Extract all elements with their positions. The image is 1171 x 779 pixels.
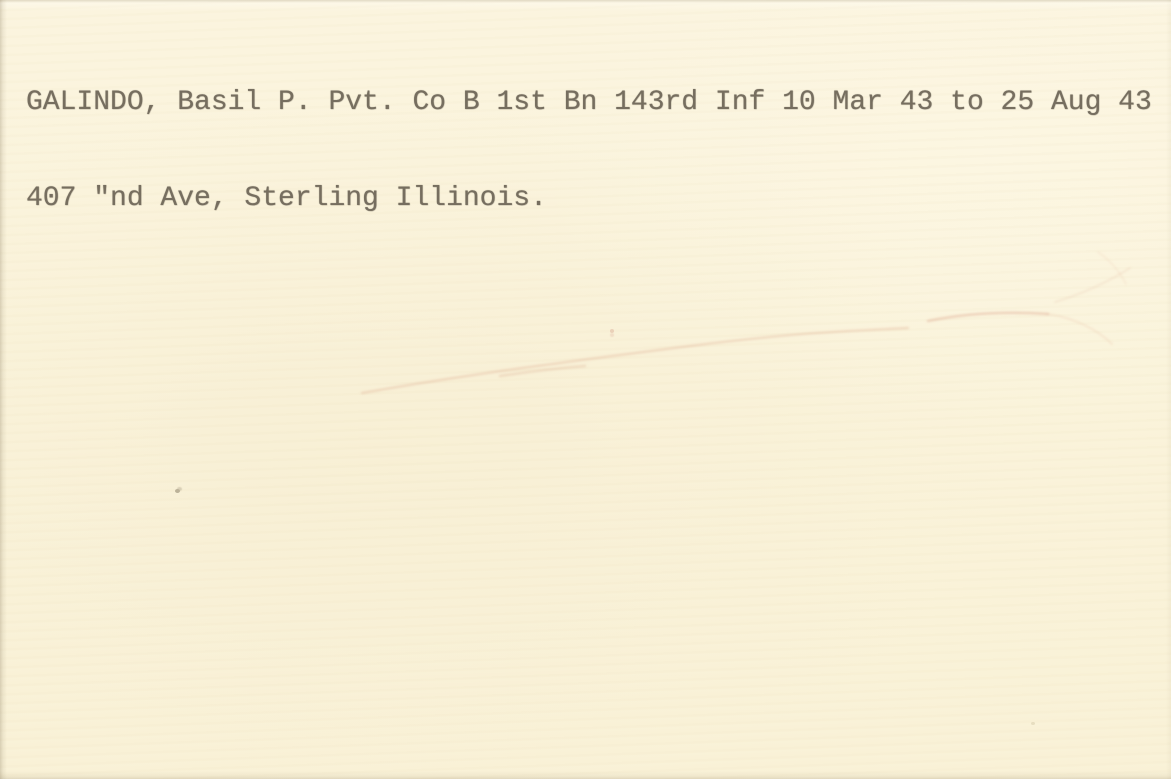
typed-line-service-record: GALINDO, Basil P. Pvt. Co B 1st Bn 143rd…: [26, 87, 1152, 119]
paper-speck: [1031, 722, 1035, 725]
paper-speck: [610, 329, 614, 333]
paper-speck: [175, 489, 180, 493]
typed-text-block: GALINDO, Basil P. Pvt. Co B 1st Bn 143rd…: [26, 23, 1152, 279]
index-card: GALINDO, Basil P. Pvt. Co B 1st Bn 143rd…: [0, 0, 1171, 779]
typed-line-address: 407 "nd Ave, Sterling Illinois.: [26, 183, 1152, 215]
